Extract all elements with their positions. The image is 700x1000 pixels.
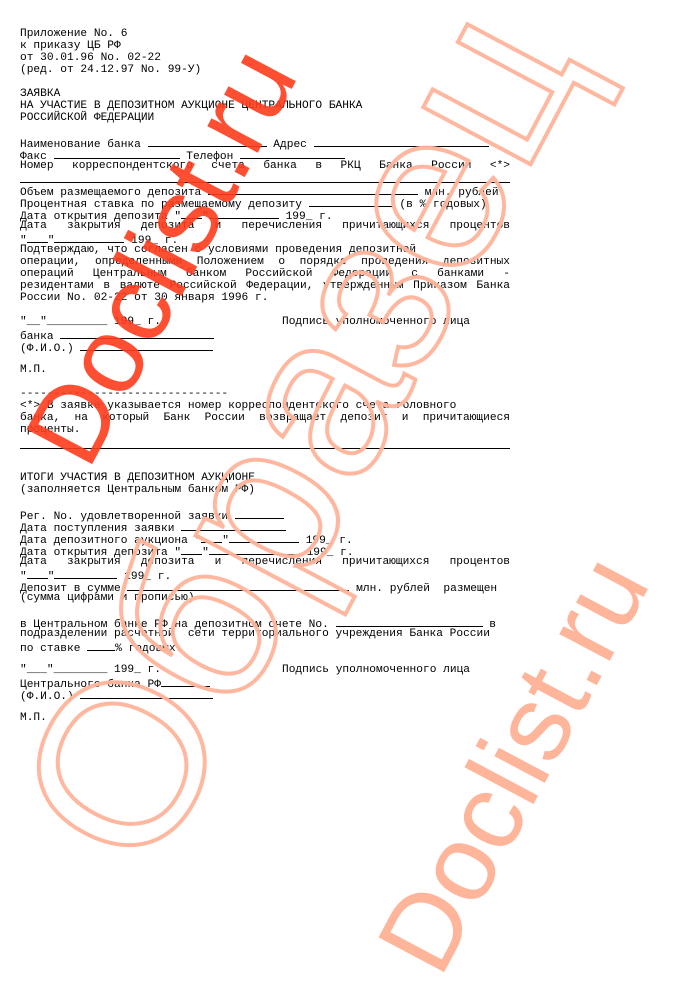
close-date-row: "" 199_ г.: [20, 232, 510, 244]
open-day-field[interactable]: [181, 208, 202, 219]
footnote-separator: -------------------------------: [20, 388, 510, 400]
signature-label: Подпись уполномоченного лица: [282, 316, 470, 328]
rate-unit: (в % годовых): [399, 199, 486, 211]
close-month-field[interactable]: [54, 232, 124, 243]
auction-day-field[interactable]: [201, 532, 222, 543]
fax-field[interactable]: [54, 148, 180, 159]
bank-name-field[interactable]: [148, 136, 267, 147]
deposit-sum-field[interactable]: [127, 580, 349, 591]
stamp-label: М.П.: [20, 364, 510, 376]
confirmation-line: операций Центральным банком Российской Ф…: [20, 268, 510, 280]
signature-date: "__"_________ 199_ г.: [20, 316, 282, 328]
open-month-field[interactable]: [209, 208, 279, 219]
section-divider: [20, 448, 510, 460]
fio-row: (Ф.И.О.): [20, 340, 510, 352]
results-subtitle: (заполняется Центральным банком РФ): [20, 484, 510, 496]
close-day-field[interactable]: [27, 232, 48, 243]
fio-label: (Ф.И.О.): [20, 343, 74, 355]
bank-signature-field[interactable]: [60, 328, 214, 339]
revision-line: (ред. от 24.12.97 No. 99-У): [20, 64, 510, 76]
reg-no-field[interactable]: [235, 508, 284, 519]
result-signature-row: "___"________ 199_ г. Подпись уполномоче…: [20, 664, 510, 676]
result-stamp-label: М.П.: [20, 712, 510, 724]
phone-field[interactable]: [240, 148, 345, 159]
result-open-month-field[interactable]: [209, 544, 300, 555]
result-close-month-field[interactable]: [54, 568, 117, 579]
deposit-sum-row: Депозит в сумме млн. рублей размещен: [20, 580, 510, 592]
result-signature-label: Подпись уполномоченного лица: [282, 664, 470, 676]
document-subtitle-2: РОССИЙСКОЙ ФЕДЕРАЦИИ: [20, 112, 510, 124]
footnote-line: банка, на который Банк России возвращает…: [20, 412, 510, 424]
bank-name-row: Наименование банка Адрес: [20, 136, 510, 148]
result-close-day-field[interactable]: [27, 568, 48, 579]
document-title: ЗАЯВКА: [20, 88, 510, 100]
reg-no-row: Рег. No. удовлетворенной заявки: [20, 508, 510, 520]
address-field[interactable]: [314, 136, 489, 147]
signature-row: "__"_________ 199_ г. Подпись уполномоче…: [20, 316, 510, 328]
deposit-sum-unit: млн. рублей размещен: [356, 583, 497, 595]
receipt-date-field[interactable]: [181, 520, 286, 531]
corr-account-row: [20, 172, 510, 184]
result-rate-row: по ставке % годовых.: [20, 640, 510, 652]
rate-row: Процентная ставка по размещаемому депози…: [20, 196, 510, 208]
result-open-date-row: Дата открытия депозита "" 199_ г.: [20, 544, 510, 556]
document-page: Приложение No. 6 к приказу ЦБ РФ от 30.0…: [20, 28, 510, 724]
confirmation-line: операции, определенными Положением о пор…: [20, 256, 510, 268]
results-title: ИТОГИ УЧАСТИЯ В ДЕПОЗИТНОМ АУКЦИОНЕ: [20, 472, 510, 484]
corr-account-label: Номер корреспондентского счета банка в Р…: [20, 160, 510, 172]
result-fio-row: (Ф.И.О.): [20, 688, 510, 700]
auction-date-row: Дата депозитного аукциона "" 199_ г.: [20, 532, 510, 544]
order-date-line: от 30.01.96 No. 02-22: [20, 52, 510, 64]
document-subtitle: НА УЧАСТИЕ В ДЕПОЗИТНОМ АУКЦИОНЕ ЦЕНТРАЛ…: [20, 100, 510, 112]
result-fio-field[interactable]: [80, 688, 213, 699]
auction-month-field[interactable]: [229, 532, 299, 543]
result-open-day-field[interactable]: [181, 544, 202, 555]
order-line: к приказу ЦБ РФ: [20, 40, 510, 52]
confirmation-line: резидентами в валюте Российской Федераци…: [20, 280, 510, 292]
result-close-date-label: Дата закрытия депозита и перечисления пр…: [20, 556, 510, 568]
footnote-line: <*> В заявке указывается номер корреспон…: [20, 400, 510, 412]
account-row: в Центральном банке РФ на депозитном сче…: [20, 616, 510, 628]
footnote-line: проценты.: [20, 424, 510, 436]
fio-field[interactable]: [80, 340, 213, 351]
cb-signature-row: Центрального банка РФ: [20, 676, 510, 688]
cb-signature-field[interactable]: [161, 676, 210, 687]
confirmation-line: Подтверждаю, что согласен с условиями пр…: [20, 244, 510, 256]
receipt-date-row: Дата поступления заявки: [20, 520, 510, 532]
fax-row: Факс Телефон: [20, 148, 510, 160]
result-fio-label: (Ф.И.О.): [20, 691, 74, 703]
result-rate-field[interactable]: [87, 640, 115, 651]
close-date-label: Дата закрытия депозита и перечисления пр…: [20, 220, 510, 232]
result-signature-date: "___"________ 199_ г.: [20, 664, 282, 676]
result-rate-unit: % годовых.: [115, 643, 182, 655]
deposit-volume-row: Объем размещаемого депозита млн. рублей: [20, 184, 510, 196]
result-rate-label: по ставке: [20, 643, 80, 655]
corr-account-field[interactable]: [20, 172, 510, 183]
rate-field[interactable]: [309, 196, 393, 207]
bank-signature-row: банка: [20, 328, 510, 340]
account-field[interactable]: [336, 616, 483, 627]
result-close-date-row: "" 199_ г.: [20, 568, 510, 580]
appendix-line: Приложение No. 6: [20, 28, 510, 40]
branch-line: подразделении расчетной сети территориал…: [20, 628, 510, 640]
account-suffix: в: [489, 619, 496, 631]
confirmation-line: России No. 02-22 от 30 января 1996 г.: [20, 292, 510, 304]
deposit-volume-field[interactable]: [208, 184, 418, 195]
